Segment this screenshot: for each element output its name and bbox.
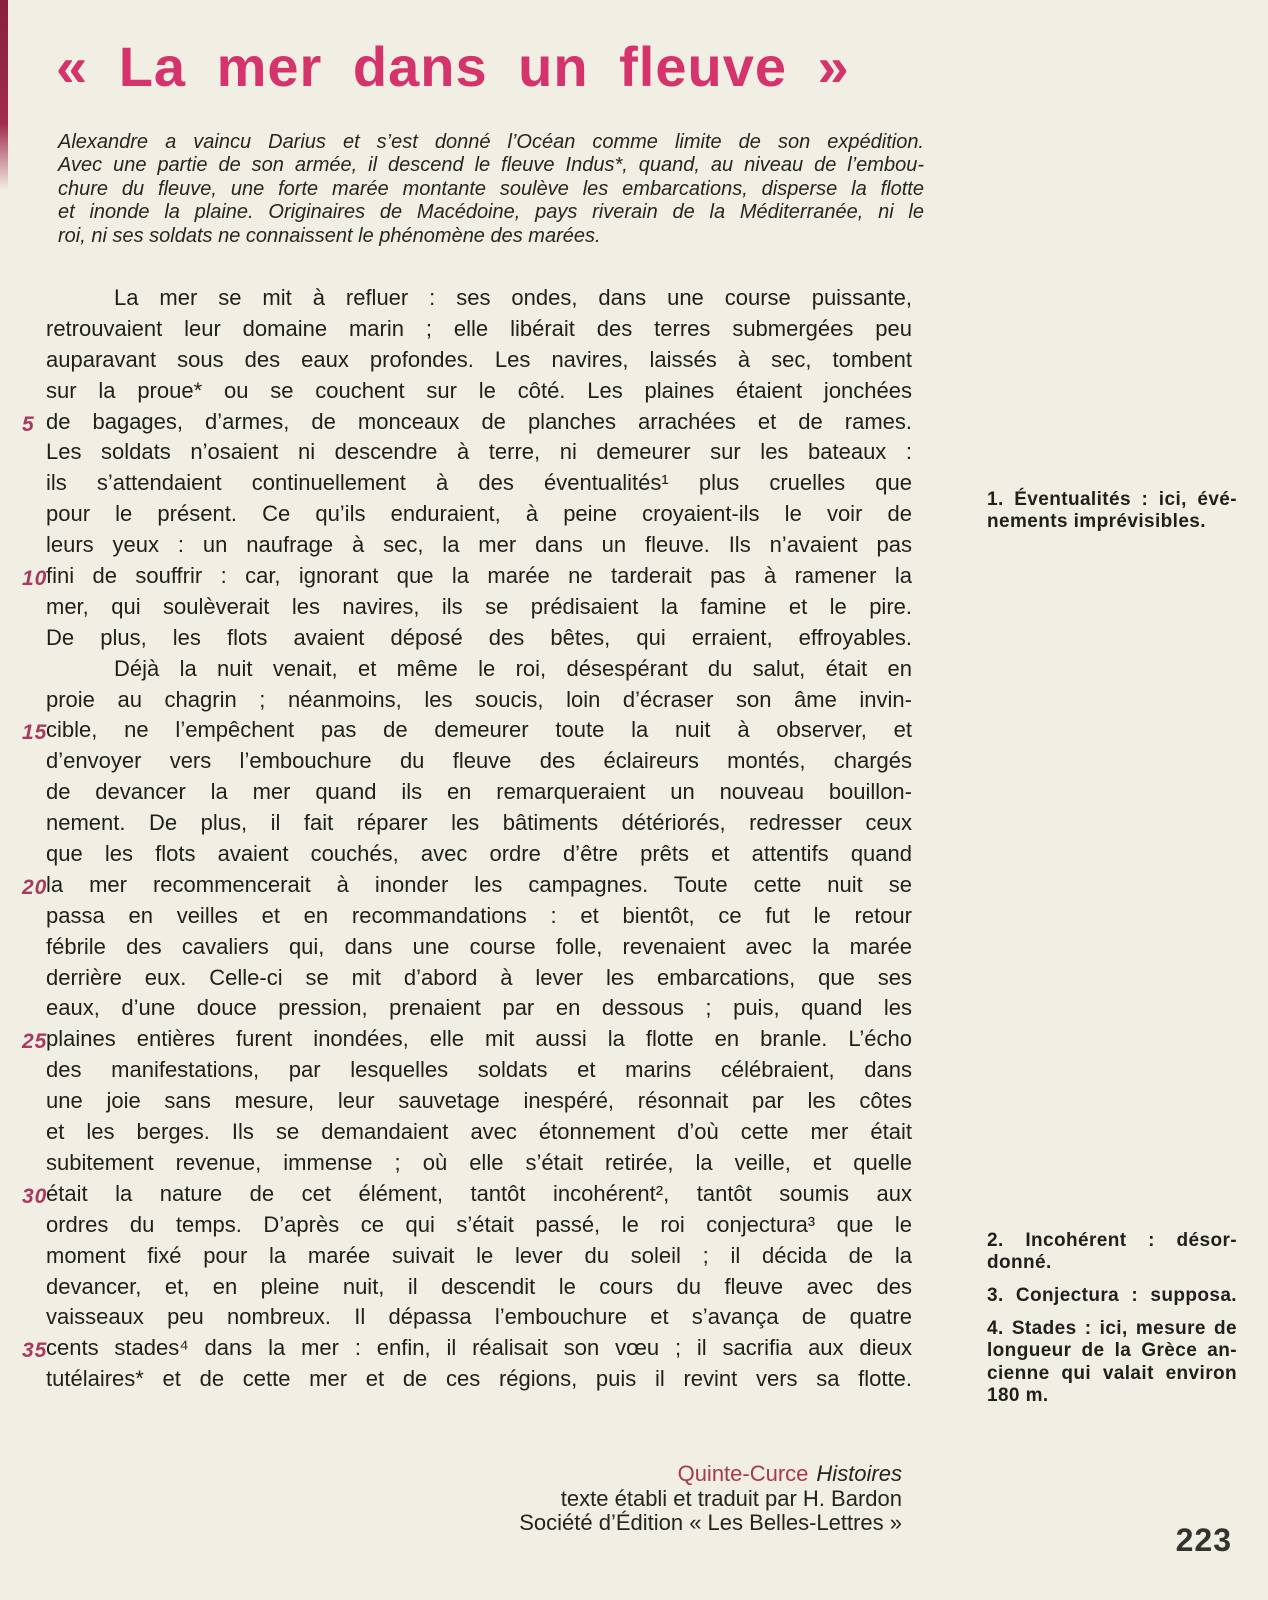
intro-line: et inonde la plaine. Originaires de Macé… bbox=[58, 201, 924, 224]
text-line-content: auparavant sous des eaux profondes. Les … bbox=[46, 345, 912, 376]
attribution-publisher-line: Société d’Édition « Les Belles-Lettres » bbox=[420, 1511, 902, 1536]
text-line: retrouvaient leur domaine marin ; elle l… bbox=[46, 314, 912, 345]
text-line: ordres du temps. D’après ce qui s’était … bbox=[46, 1210, 912, 1241]
text-line-content: derrière eux. Celle-ci se mit d’abord à … bbox=[46, 963, 912, 994]
text-line-content: que les flots avaient couchés, avec ordr… bbox=[46, 839, 912, 870]
text-line-content: proie au chagrin ; néanmoins, les soucis… bbox=[46, 685, 912, 716]
text-line: 30 était la nature de cet élément, tantô… bbox=[46, 1179, 912, 1210]
text-line: De plus, les flots avaient déposé des bê… bbox=[46, 623, 912, 654]
text-line: mer, qui soulèverait les navires, ils se… bbox=[46, 592, 912, 623]
text-line-content: des manifestations, par lesquelles solda… bbox=[46, 1055, 912, 1086]
text-line-content: pour le présent. Ce qu’ils enduraient, à… bbox=[46, 499, 912, 530]
text-line-content: une joie sans mesure, leur sauvetage ine… bbox=[46, 1086, 912, 1117]
text-line-content: était la nature de cet élément, tantôt i… bbox=[46, 1179, 912, 1210]
text-line: 25 plaines entières furent inondées, ell… bbox=[46, 1024, 912, 1055]
intro-line: roi, ni ses soldats ne connaissent le ph… bbox=[58, 225, 924, 248]
author-name: Quinte-Curce bbox=[678, 1461, 809, 1486]
text-line-content: fini de souffrir : car, ignorant que la … bbox=[46, 561, 912, 592]
text-line-content: et les berges. Ils se demandaient avec é… bbox=[46, 1117, 912, 1148]
text-line: fébrile des cavaliers qui, dans une cour… bbox=[46, 932, 912, 963]
text-line: proie au chagrin ; néanmoins, les soucis… bbox=[46, 685, 912, 716]
margin-note-line: donné. bbox=[987, 1252, 1237, 1274]
text-line: et les berges. Ils se demandaient avec é… bbox=[46, 1117, 912, 1148]
text-line: vaisseaux peu nombreux. Il dépassa l’emb… bbox=[46, 1302, 912, 1333]
text-line: Déjà la nuit venait, et même le roi, dés… bbox=[46, 654, 912, 685]
text-line-content: nement. De plus, il fait réparer les bât… bbox=[46, 808, 912, 839]
text-line-content: devancer, et, en pleine nuit, il descend… bbox=[46, 1272, 912, 1303]
line-number: 10 bbox=[22, 564, 47, 595]
work-title: Histoires bbox=[808, 1461, 902, 1486]
text-line-content: leurs yeux : un naufrage à sec, la mer d… bbox=[46, 530, 912, 561]
attribution-source-line: Quinte-CurceHistoires bbox=[420, 1462, 902, 1487]
text-line: de devancer la mer quand ils en remarque… bbox=[46, 777, 912, 808]
text-line: une joie sans mesure, leur sauvetage ine… bbox=[46, 1086, 912, 1117]
text-line-content: cents stades⁴ dans la mer : enfin, il ré… bbox=[46, 1333, 912, 1364]
text-line-content: cible, ne l’empêchent pas de demeurer to… bbox=[46, 715, 912, 746]
text-line-content: sur la proue* ou se couchent sur le côté… bbox=[46, 376, 912, 407]
line-number: 30 bbox=[22, 1182, 47, 1213]
text-line: des manifestations, par lesquelles solda… bbox=[46, 1055, 912, 1086]
text-line: passa en veilles et en recommandations :… bbox=[46, 901, 912, 932]
margin-note-line: longueur de la Grèce an- bbox=[987, 1340, 1237, 1362]
text-line: leurs yeux : un naufrage à sec, la mer d… bbox=[46, 530, 912, 561]
attribution-block: Quinte-CurceHistoires texte établi et tr… bbox=[420, 1462, 902, 1536]
text-line: auparavant sous des eaux profondes. Les … bbox=[46, 345, 912, 376]
text-line-content: fébrile des cavaliers qui, dans une cour… bbox=[46, 932, 912, 963]
text-line: La mer se mit à refluer : ses ondes, dan… bbox=[46, 283, 912, 314]
intro-line: Avec une partie de son armée, il descend… bbox=[58, 154, 924, 177]
text-line: moment fixé pour la marée suivait le lev… bbox=[46, 1241, 912, 1272]
text-line-content: vaisseaux peu nombreux. Il dépassa l’emb… bbox=[46, 1302, 912, 1333]
text-line-content: ils s’attendaient continuellement à des … bbox=[46, 468, 912, 499]
text-line: d’envoyer vers l’embouchure du fleuve de… bbox=[46, 746, 912, 777]
margin-note-line: 3. Conjectura : supposa. bbox=[987, 1285, 1237, 1307]
attribution-editor-line: texte établi et traduit par H. Bardon bbox=[420, 1487, 902, 1512]
text-line: ils s’attendaient continuellement à des … bbox=[46, 468, 912, 499]
text-line: 5 de bagages, d’armes, de monceaux de pl… bbox=[46, 407, 912, 438]
text-line-content: moment fixé pour la marée suivait le lev… bbox=[46, 1241, 912, 1272]
margin-note-1: 1. Éventualités : ici, évé-nements impré… bbox=[987, 489, 1237, 534]
text-line: sur la proue* ou se couchent sur le côté… bbox=[46, 376, 912, 407]
text-line: subitement revenue, immense ; où elle s’… bbox=[46, 1148, 912, 1179]
margin-note-2: 2. Incohérent : désor-donné. bbox=[987, 1230, 1237, 1275]
text-line-content: De plus, les flots avaient déposé des bê… bbox=[46, 623, 912, 654]
intro-line: chure du fleuve, une forte marée montant… bbox=[58, 178, 924, 201]
page-number: 223 bbox=[1140, 1522, 1232, 1559]
text-line: tutélaires* et de cette mer et de ces ré… bbox=[46, 1364, 912, 1395]
text-line-content: de bagages, d’armes, de monceaux de plan… bbox=[46, 407, 912, 438]
line-number: 5 bbox=[22, 410, 35, 441]
text-line-content: Les soldats n’osaient ni descendre à ter… bbox=[46, 437, 912, 468]
margin-note-line: 2. Incohérent : désor- bbox=[987, 1230, 1237, 1252]
text-line-content: d’envoyer vers l’embouchure du fleuve de… bbox=[46, 746, 912, 777]
text-line: que les flots avaient couchés, avec ordr… bbox=[46, 839, 912, 870]
text-line-content: ordres du temps. D’après ce qui s’était … bbox=[46, 1210, 912, 1241]
margin-note-line: 4. Stades : ici, mesure de bbox=[987, 1318, 1237, 1340]
text-line-content: tutélaires* et de cette mer et de ces ré… bbox=[46, 1364, 912, 1395]
text-line-content: de devancer la mer quand ils en remarque… bbox=[46, 777, 912, 808]
textbook-page: « La mer dans un fleuve » Alexandre a va… bbox=[0, 0, 1268, 1600]
text-line: devancer, et, en pleine nuit, il descend… bbox=[46, 1272, 912, 1303]
intro-paragraph: Alexandre a vaincu Darius et s’est donné… bbox=[58, 131, 924, 248]
text-line-content: la mer recommencerait à inonder les camp… bbox=[46, 870, 912, 901]
margin-note-3: 3. Conjectura : supposa. bbox=[987, 1285, 1237, 1307]
text-line: pour le présent. Ce qu’ils enduraient, à… bbox=[46, 499, 912, 530]
text-line-content: retrouvaient leur domaine marin ; elle l… bbox=[46, 314, 912, 345]
left-edge-accent-strip bbox=[0, 0, 8, 190]
margin-note-line: 180 m. bbox=[987, 1385, 1237, 1407]
text-line-content: La mer se mit à refluer : ses ondes, dan… bbox=[46, 283, 912, 314]
text-line: 10 fini de souffrir : car, ignorant que … bbox=[46, 561, 912, 592]
line-number: 20 bbox=[22, 873, 47, 904]
text-line: 15 cible, ne l’empêchent pas de demeurer… bbox=[46, 715, 912, 746]
line-number: 25 bbox=[22, 1027, 47, 1058]
line-number: 15 bbox=[22, 718, 47, 749]
text-line-content: plaines entières furent inondées, elle m… bbox=[46, 1024, 912, 1055]
margin-note-line: 1. Éventualités : ici, évé- bbox=[987, 489, 1237, 511]
intro-line: Alexandre a vaincu Darius et s’est donné… bbox=[58, 131, 924, 154]
text-line-content: Déjà la nuit venait, et même le roi, dés… bbox=[46, 654, 912, 685]
margin-note-line: nements imprévisibles. bbox=[987, 511, 1237, 533]
text-line-content: subitement revenue, immense ; où elle s’… bbox=[46, 1148, 912, 1179]
text-line-content: passa en veilles et en recommandations :… bbox=[46, 901, 912, 932]
text-line: Les soldats n’osaient ni descendre à ter… bbox=[46, 437, 912, 468]
text-line: 35 cents stades⁴ dans la mer : enfin, il… bbox=[46, 1333, 912, 1364]
line-number: 35 bbox=[22, 1336, 47, 1367]
text-line: nement. De plus, il fait réparer les bât… bbox=[46, 808, 912, 839]
text-line-content: mer, qui soulèverait les navires, ils se… bbox=[46, 592, 912, 623]
main-text-block: La mer se mit à refluer : ses ondes, dan… bbox=[46, 283, 912, 1395]
margin-note-4: 4. Stades : ici, mesure delongueur de la… bbox=[987, 1318, 1237, 1407]
text-line: eaux, d’une douce pression, prenaient pa… bbox=[46, 993, 912, 1024]
text-line-content: eaux, d’une douce pression, prenaient pa… bbox=[46, 993, 912, 1024]
margin-note-line: cienne qui valait environ bbox=[987, 1363, 1237, 1385]
text-line: derrière eux. Celle-ci se mit d’abord à … bbox=[46, 963, 912, 994]
page-title: « La mer dans un fleuve » bbox=[56, 34, 850, 99]
text-line: 20 la mer recommencerait à inonder les c… bbox=[46, 870, 912, 901]
